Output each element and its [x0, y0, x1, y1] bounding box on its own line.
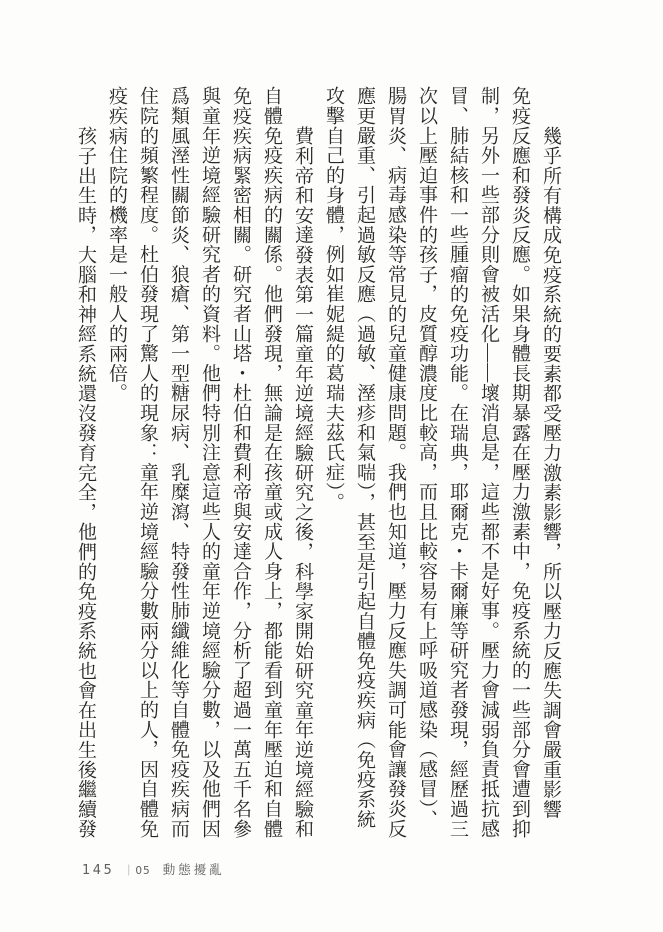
text-column: 免疫反應和發炎反應。如果身體長期暴露在壓力激素中，免疫系統的一些部分會遭到抑	[504, 86, 535, 840]
text-column: 免疫疾病緊密相關。研究者山塔・杜伯和費利帝與安達合作，分析了超過一萬五千名參	[225, 86, 256, 840]
text-column: 費利帝和安達發表第一篇童年逆境經驗研究之後，科學家開始研究童年逆境經驗和	[287, 86, 318, 840]
body-text: 幾乎所有構成免疫系統的要素都受壓力激素影響，所以壓力反應失調會嚴重影響免疫反應和…	[70, 86, 566, 840]
text-column: 制，另外一些部分則會被活化——壞消息是，這些都不是好事。壓力會減弱負責抵抗感	[473, 86, 504, 840]
text-column: 自體免疫疾病的關係。他們發現，無論是在孩童或成人身上，都能看到童年壓迫和自體	[256, 86, 287, 840]
page-number: 145	[82, 863, 114, 878]
page-footer: 145｜05動態擾亂	[82, 860, 225, 878]
footer-separator: ｜	[123, 864, 134, 877]
text-column: 攻擊自己的身體，例如崔妮緹的葛瑞夫茲氏症）。	[318, 86, 349, 840]
text-column: 腸胃炎、病毒感染等常見的兒童健康問題。我們也知道，壓力反應失調可能會讓發炎反	[380, 86, 411, 840]
book-page: 幾乎所有構成免疫系統的要素都受壓力激素影響，所以壓力反應失調會嚴重影響免疫反應和…	[0, 0, 663, 932]
text-column: 爲類風溼性關節炎、狼瘡、第一型糖尿病、乳糜瀉、特發性肺纖維化等自體免疫疾病而	[163, 86, 194, 840]
chapter-number: 05	[135, 865, 150, 877]
text-column: 應更嚴重、引起過敏反應（過敏、溼疹和氣喘），甚至是引起自體免疫疾病（免疫系統	[349, 86, 380, 840]
text-column: 次以上壓迫事件的孩子，皮質醇濃度比較高，而且比較容易有上呼吸道感染（感冒）、	[411, 86, 442, 840]
text-column: 與童年逆境經驗研究者的資料。他們特別注意這些人的童年逆境經驗分數，以及他們因	[194, 86, 225, 840]
text-column: 冒、肺結核和一些腫瘤的免疫功能。在瑞典，耶爾克・卡爾廉等研究者發現，經歷過三	[442, 86, 473, 840]
text-column: 孩子出生時，大腦和神經系統還沒發育完全，他們的免疫系統也會在出生後繼續發	[70, 86, 101, 840]
chapter-title: 動態擾亂	[163, 863, 225, 877]
text-column: 住院的頻繁程度。杜伯發現了驚人的現象：童年逆境經驗分數兩分以上的人，因自體免	[132, 86, 163, 840]
text-column: 幾乎所有構成免疫系統的要素都受壓力激素影響，所以壓力反應失調會嚴重影響	[535, 86, 566, 840]
text-column: 疫疾病住院的機率是一般人的兩倍。	[101, 86, 132, 840]
